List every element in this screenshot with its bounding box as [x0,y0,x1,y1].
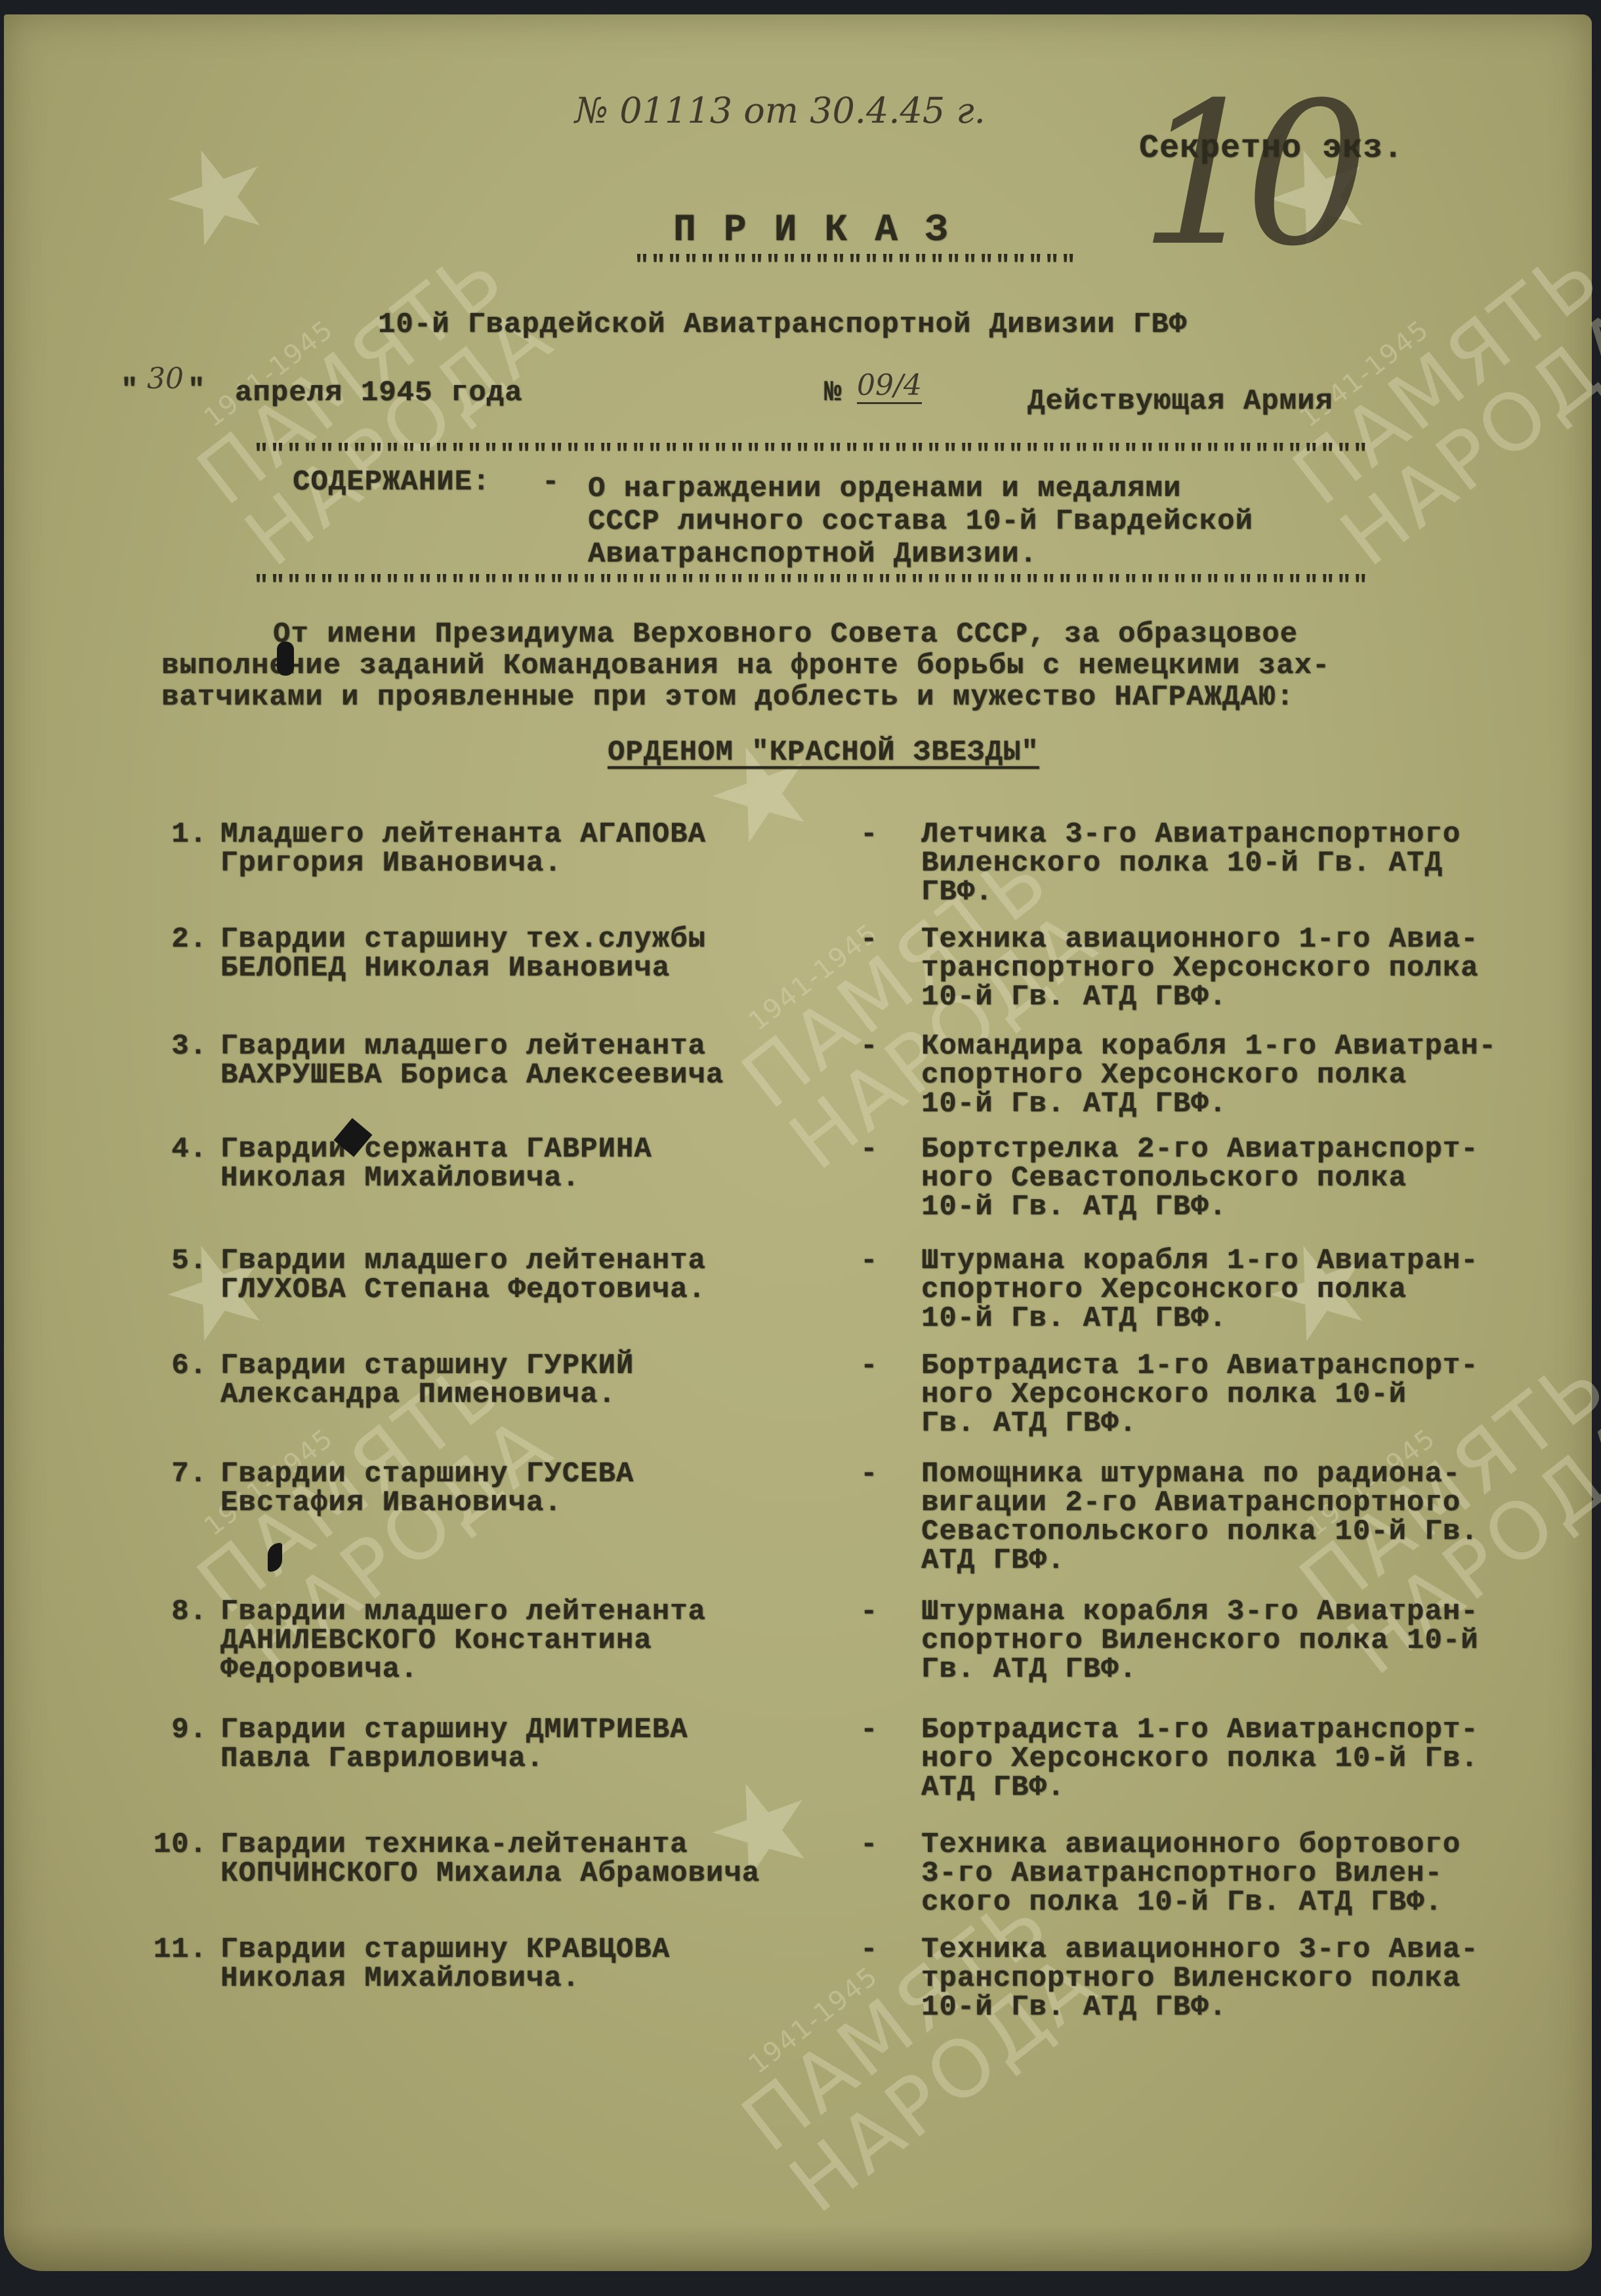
document-page: ★ 1941-1945ПАМЯТЬ НАРОДА ★ 1941-1945ПАМЯ… [4,14,1592,2271]
entry-position-line: Летчика 3-го Авиатранспортного [921,818,1461,851]
entry-position-line: транспортного Херсонского полка [921,952,1479,985]
entry-position-line: спортного Виленского полка 10-й [921,1624,1479,1657]
entry-position-line: Техника авиационного 3-го Авиа- [921,1933,1479,1966]
summary-label: СОДЕРЖАНИЕ: [293,466,490,499]
award-heading: ОРДЕНОМ "КРАСНОЙ ЗВЕЗДЫ" [608,736,1039,769]
order-date: апреля 1945 года [235,377,522,409]
order-number-prefix: № [824,377,842,409]
entry-position-line: Штурмана корабля 3-го Авиатран- [921,1595,1479,1628]
entry-recipient-line: Гвардии старшину КРАВЦОВА [220,1933,670,1966]
entry-separator-dash: - [860,818,878,851]
entry-number: 4. [135,1133,207,1166]
entry-position-line: ского полка 10-й Гв. АТД ГВФ. [921,1886,1443,1919]
entry-recipient-line: ВАХРУШЕВА Бориса Алексеевича [220,1059,724,1092]
entry-recipient-line: Гвардии старшину ГУРКИЙ [220,1349,634,1382]
entry-position-line: ного Херсонского полка 10-й Гв. [921,1742,1479,1775]
summary-line-1: О награждении орденами и медалями [588,472,1181,505]
entry-position-line: ГВФ. [921,876,993,909]
entry-recipient-line: Гвардии старшину ДМИТРИЕВА [220,1713,688,1746]
entry-separator-dash: - [860,1030,878,1063]
preamble-line-1: От имени Президиума Верховного Совета СС… [273,618,1298,651]
entry-number: 11. [135,1933,207,1966]
entry-position-line: 10-й Гв. АТД ГВФ. [921,1991,1227,2024]
preamble-line-2: выполнение заданий Командования на фронт… [161,649,1330,682]
document-title: ПРИКАЗ [673,215,976,247]
entry-position-line: 10-й Гв. АТД ГВФ. [921,1191,1227,1223]
entry-recipient-line: Григория Ивановича. [220,847,562,880]
entry-position-line: 10-й Гв. АТД ГВФ. [921,1088,1227,1120]
issuing-unit: 10-й Гвардейской Авиатранспортной Дивизи… [378,308,1187,341]
location: Действующая Армия [1028,385,1333,418]
date-open-quote: " [121,374,138,407]
summary-dash: - [542,466,560,499]
handwritten-registration: № 01113 от 30.4.45 г. [575,90,986,131]
entry-separator-dash: - [860,1133,878,1166]
entry-position-line: 10-й Гв. АТД ГВФ. [921,1302,1227,1335]
entry-recipient-line: Гвардии младшего лейтенанта [220,1030,706,1063]
entry-number: 7. [135,1458,207,1490]
entry-separator-dash: - [860,1595,878,1628]
entry-position-line: вигации 2-го Авиатранспортного [921,1486,1461,1519]
entry-position-line: ного Херсонского полка 10-й [921,1378,1407,1411]
title-underline-rule: """""""""""""""""""""""""""""""""" [634,252,1080,281]
entry-number: 3. [135,1030,207,1063]
entry-position-line: спортного Херсонского полка [921,1273,1407,1306]
entry-position-line: Севастопольского полка 10-й Гв. [921,1515,1479,1548]
entry-position-line: АТД ГВФ. [921,1544,1065,1577]
entry-position-line: 3-го Авиатранспортного Вилен- [921,1857,1443,1890]
entry-position-line: транспортного Виленского полка [921,1962,1461,1995]
entry-position-line: АТД ГВФ. [921,1771,1065,1804]
entry-position-line: Гв. АТД ГВФ. [921,1407,1137,1440]
entry-recipient-line: Евстафия Ивановича. [220,1486,562,1519]
summary-line-3: Авиатранспортной Дивизии. [588,538,1037,571]
entry-recipient-line: ГЛУХОВА Степана Федотовича. [220,1273,706,1306]
entry-position-line: Штурмана корабля 1-го Авиатран- [921,1244,1479,1277]
entry-recipient-line: Павла Гавриловича. [220,1742,544,1775]
punch-hole [268,1543,282,1572]
watermark-line2: НАРОДА [1325,290,1601,584]
entry-position-line: спортного Херсонского полка [921,1059,1407,1092]
entry-separator-dash: - [860,1244,878,1277]
entry-recipient-line: Федоровича. [220,1653,418,1686]
entry-separator-dash: - [860,1933,878,1966]
entry-number: 5. [135,1244,207,1277]
entry-recipient-line: БЕЛОПЕД Николая Ивановича [220,952,670,985]
entry-recipient-line: Гвардии старшину тех.службы [220,923,706,956]
entry-recipient-line: Николая Михайловича. [220,1162,580,1195]
entry-number: 6. [135,1349,207,1382]
entry-position-line: Техника авиационного 1-го Авиа- [921,923,1479,956]
entry-recipient-line: Гвардии младшего лейтенанта [220,1595,706,1628]
entry-number: 10. [135,1828,207,1861]
entry-recipient-line: Гвардии техника-лейтенанта [220,1828,688,1861]
entry-recipient-line: Николая Михайловича. [220,1962,580,1995]
entry-number: 2. [135,923,207,956]
entry-position-line: Бортрадиста 1-го Авиатранспорт- [921,1713,1479,1746]
entry-separator-dash: - [860,923,878,956]
date-close-quote: " [188,374,205,407]
entry-recipient-line: Гвардии старшину ГУСЕВА [220,1458,634,1490]
handwritten-day: 30 [147,362,184,396]
classification-stamp: Секретно экз. [1139,133,1403,165]
entry-position-line: Бортстрелка 2-го Авиатранспорт- [921,1133,1479,1166]
entry-number: 8. [135,1595,207,1628]
preamble-line-3: ватчиками и проявленные при этом доблест… [161,681,1294,714]
summary-line-2: СССР личного состава 10-й Гвардейской [588,505,1253,538]
summary-bottom-rule: """"""""""""""""""""""""""""""""""""""""… [253,572,1369,602]
entry-position-line: Виленского полка 10-й Гв. АТД [921,847,1443,880]
entry-recipient-line: Гвардии младшего лейтенанта [220,1244,706,1277]
entry-position-line: Помощника штурмана по радиона- [921,1458,1461,1490]
entry-separator-dash: - [860,1349,878,1382]
entry-separator-dash: - [860,1713,878,1746]
entry-position-line: 10-й Гв. АТД ГВФ. [921,981,1227,1014]
entry-position-line: ного Севастопольского полка [921,1162,1407,1195]
handwritten-order-number: 09/4 [857,369,922,404]
entry-position-line: Бортрадиста 1-го Авиатранспорт- [921,1349,1479,1382]
entry-position-line: Гв. АТД ГВФ. [921,1653,1137,1686]
entry-recipient-line: Младшего лейтенанта АГАПОВА [220,818,706,851]
entry-position-line: Техника авиационного бортового [921,1828,1461,1861]
handwritten-sheet-number: 10 [1139,77,1350,274]
entry-recipient-line: Гвардии сержанта ГАВРИНА [220,1133,652,1166]
punch-hole [277,642,294,676]
entry-recipient-line: ДАНИЛЕВСКОГО Константина [220,1624,652,1657]
entry-separator-dash: - [860,1458,878,1490]
watermark-star-icon: ★ [146,123,289,266]
entry-separator-dash: - [860,1828,878,1861]
entry-position-line: Командира корабля 1-го Авиатран- [921,1030,1497,1063]
entry-number: 1. [135,818,207,851]
entry-number: 9. [135,1713,207,1746]
entry-recipient-line: КОПЧИНСКОГО Михаила Абрамовича [220,1857,760,1890]
entry-recipient-line: Александра Пименовича. [220,1378,616,1411]
